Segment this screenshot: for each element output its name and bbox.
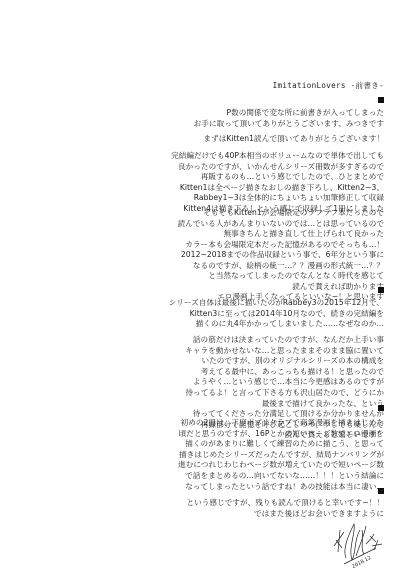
paragraph-3: 完結編だけでも40P本相当のボリュームなので単体で出しても 良かったのですが、い… [171,151,384,215]
paragraph-9: という感じですが、残りも読んで頂けると幸いです~！！ ではまた後ほどお会いできま… [186,498,384,519]
section-marker-square [378,405,384,411]
paragraph-2: まずはKitten1読んで頂いてありがとうございます！ [203,134,384,145]
paragraph-8: 初めの2冊は、丁度ポプリクラブで商業漫画を描きはじめた 頃だと思うのですが、16… [178,418,384,492]
section-marker-square [378,97,384,103]
page-title: ImitationLovers -前書き- [273,80,384,91]
preface-page: ImitationLovers -前書き- P数の関係で変な所に前書きが入ってし… [0,0,400,568]
section-marker-square [378,488,384,494]
paragraph-5: 2012~2018までの作品収録という事で、6年分という事に なるのですが、絵柄… [181,250,384,303]
author-signature-icon: 2018.12 [330,518,386,568]
paragraph-6: シリーズ自体は最後に描いたのがRabbey3の2015年12月で、 Kitten… [169,298,384,330]
paragraph-4: そもそもKitten1が会場限定のラフラフ本だったので 読んでいる人があんまりい… [178,208,384,250]
section-marker-square [378,287,384,293]
paragraph-1: P数の関係で変な所に前書きが入ってしまった お手に取って頂いてありがとうございま… [194,108,384,129]
svg-text:2018.12: 2018.12 [351,555,372,568]
